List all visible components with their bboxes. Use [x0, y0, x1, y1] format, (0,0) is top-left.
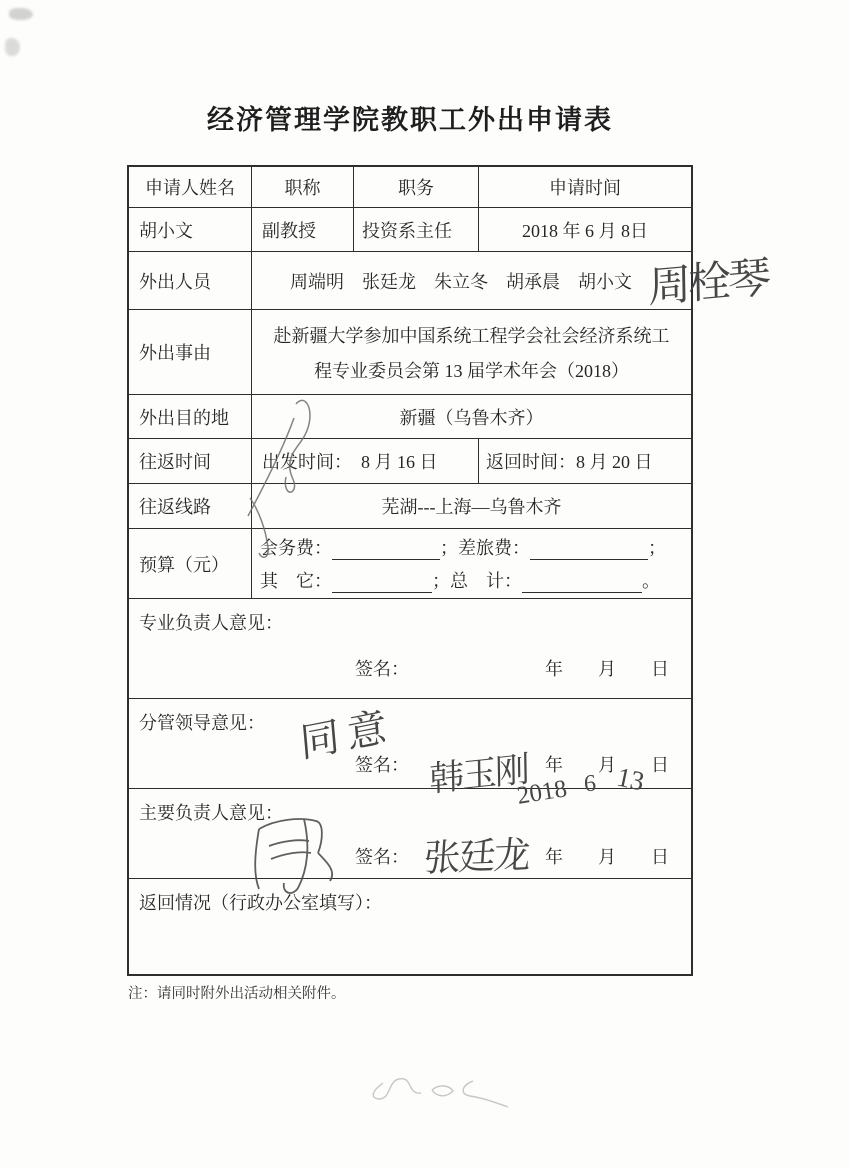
pen-scribble-bottom	[373, 1079, 508, 1107]
pen-scribbles-overlay	[0, 0, 850, 1169]
pen-scribble-middle	[248, 400, 310, 557]
pen-scribble-principal-approval	[255, 819, 332, 893]
scanned-form-page: 经济管理学院教职工外出申请表 申请人姓名 职称 职务 申请时间 胡小文 副教授 …	[0, 0, 850, 1169]
